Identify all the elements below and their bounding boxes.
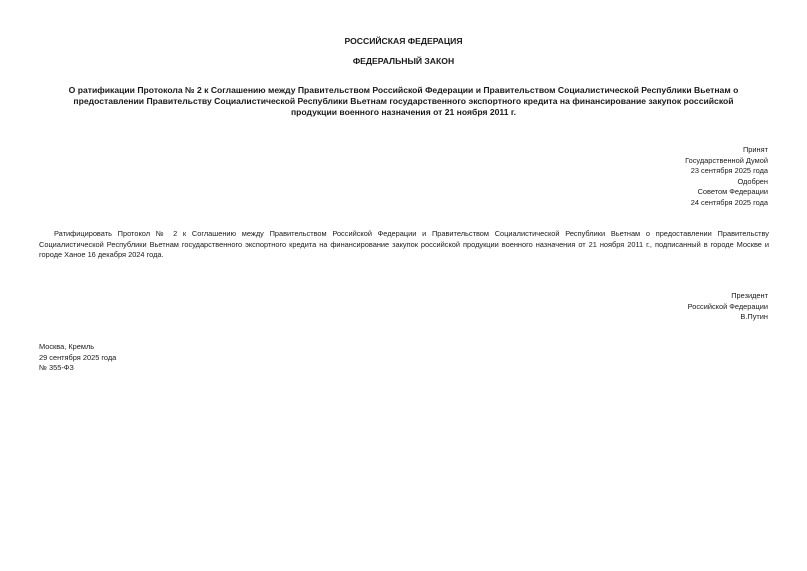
- adoption-line: Принят: [685, 145, 768, 156]
- adoption-line: Одобрен: [685, 177, 768, 188]
- signature-block: Президент Российской Федерации В.Путин: [688, 291, 768, 323]
- signature-line: В.Путин: [688, 312, 768, 323]
- adoption-line: Государственной Думой: [685, 156, 768, 167]
- law-number: № 355-ФЗ: [39, 363, 116, 374]
- adoption-line: Советом Федерации: [685, 187, 768, 198]
- signature-line: Президент: [688, 291, 768, 302]
- country-heading: РОССИЙСКАЯ ФЕДЕРАЦИЯ: [0, 36, 807, 46]
- adoption-line: 24 сентября 2025 года: [685, 198, 768, 209]
- place-date-block: Москва, Кремль 29 сентября 2025 года № 3…: [39, 342, 116, 374]
- body-paragraph: Ратифицировать Протокол № 2 к Соглашению…: [39, 229, 769, 261]
- date-line: 29 сентября 2025 года: [39, 353, 116, 364]
- adoption-line: 23 сентября 2025 года: [685, 166, 768, 177]
- law-title: О ратификации Протокола № 2 к Соглашению…: [52, 85, 755, 118]
- doc-type-heading: ФЕДЕРАЛЬНЫЙ ЗАКОН: [0, 56, 807, 66]
- adoption-block: Принят Государственной Думой 23 сентября…: [685, 145, 768, 209]
- place-line: Москва, Кремль: [39, 342, 116, 353]
- signature-line: Российской Федерации: [688, 302, 768, 313]
